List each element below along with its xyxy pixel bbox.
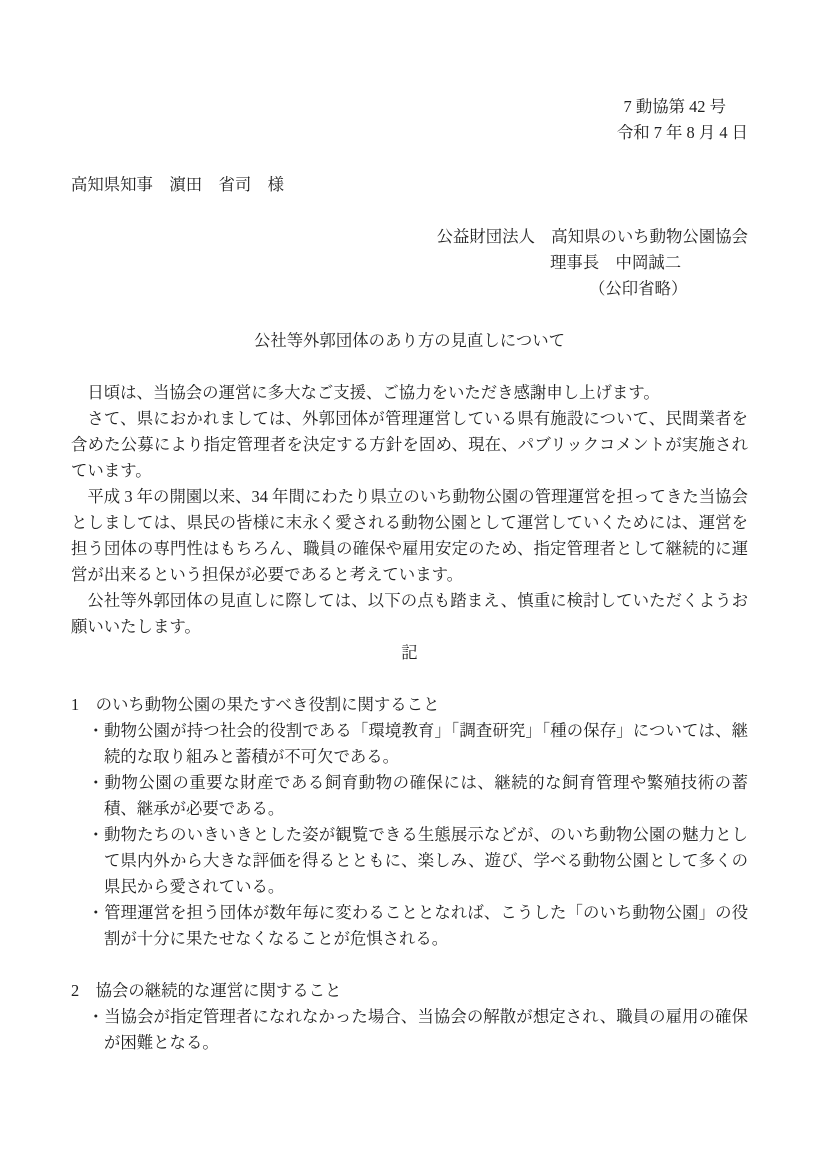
bullet-item: ・管理運営を担う団体が数年毎に変わることとなれば、こうした「のいち動物公園」の役… [71, 900, 748, 952]
document-page: { "document": { "doc_number": "7 動協第 42 … [0, 0, 820, 1161]
body-paragraph: さて、県におかれましては、外郭団体が管理運営している県有施設について、民間業者を… [71, 406, 748, 484]
addressee: 高知県知事 濵田 省司 様 [71, 172, 748, 198]
bullet-item: ・動物公園の重要な財産である飼育動物の確保には、継続的な飼育管理や繁殖技術の蓄積… [71, 770, 748, 822]
document-title: 公社等外郭団体のあり方の見直しについて [71, 328, 748, 354]
bullet-item: ・動物公園が持つ社会的役割である「環境教育」「調査研究」「種の保存」については、… [71, 718, 748, 770]
bullet-item: ・当協会が指定管理者になれなかった場合、当協会の解散が想定され、職員の雇用の確保… [71, 1004, 748, 1056]
sender-block: 公益財団法人 高知県のいち動物公園協会 理事長 中岡誠二 （公印省略） [71, 224, 748, 302]
record-marker: 記 [71, 640, 748, 666]
section-heading: 2 協会の継続的な運営に関すること [71, 978, 748, 1004]
body-paragraph: 日頃は、当協会の運営に多大なご支援、ご協力をいただき感謝申し上げます。 [71, 380, 748, 406]
body-paragraph: 平成 3 年の開園以来、34 年間にわたり県立のいち動物公園の管理運営を担ってき… [71, 484, 748, 588]
body-paragraph: 公社等外郭団体の見直しに際しては、以下の点も踏まえ、慎重に検討していただくようお… [71, 588, 748, 640]
sender-organization: 公益財団法人 高知県のいち動物公園協会 [71, 224, 748, 250]
bullet-item: ・動物たちのいきいきとした姿が観覧できる生態展示などが、のいち動物公園の魅力とし… [71, 822, 748, 900]
document-number: 7 動協第 42 号 [71, 94, 748, 120]
seal-omitted-note: （公印省略） [589, 276, 748, 302]
section-2: 2 協会の継続的な運営に関すること ・当協会が指定管理者になれなかった場合、当協… [71, 978, 748, 1056]
sender-representative: 理事長 中岡誠二 [550, 250, 748, 276]
document-body: 日頃は、当協会の運営に多大なご支援、ご協力をいただき感謝申し上げます。 さて、県… [71, 380, 748, 666]
document-date: 令和 7 年 8 月 4 日 [71, 120, 748, 146]
section-heading: 1 のいち動物公園の果たすべき役割に関すること [71, 692, 748, 718]
section-1: 1 のいち動物公園の果たすべき役割に関すること ・動物公園が持つ社会的役割である… [71, 692, 748, 952]
